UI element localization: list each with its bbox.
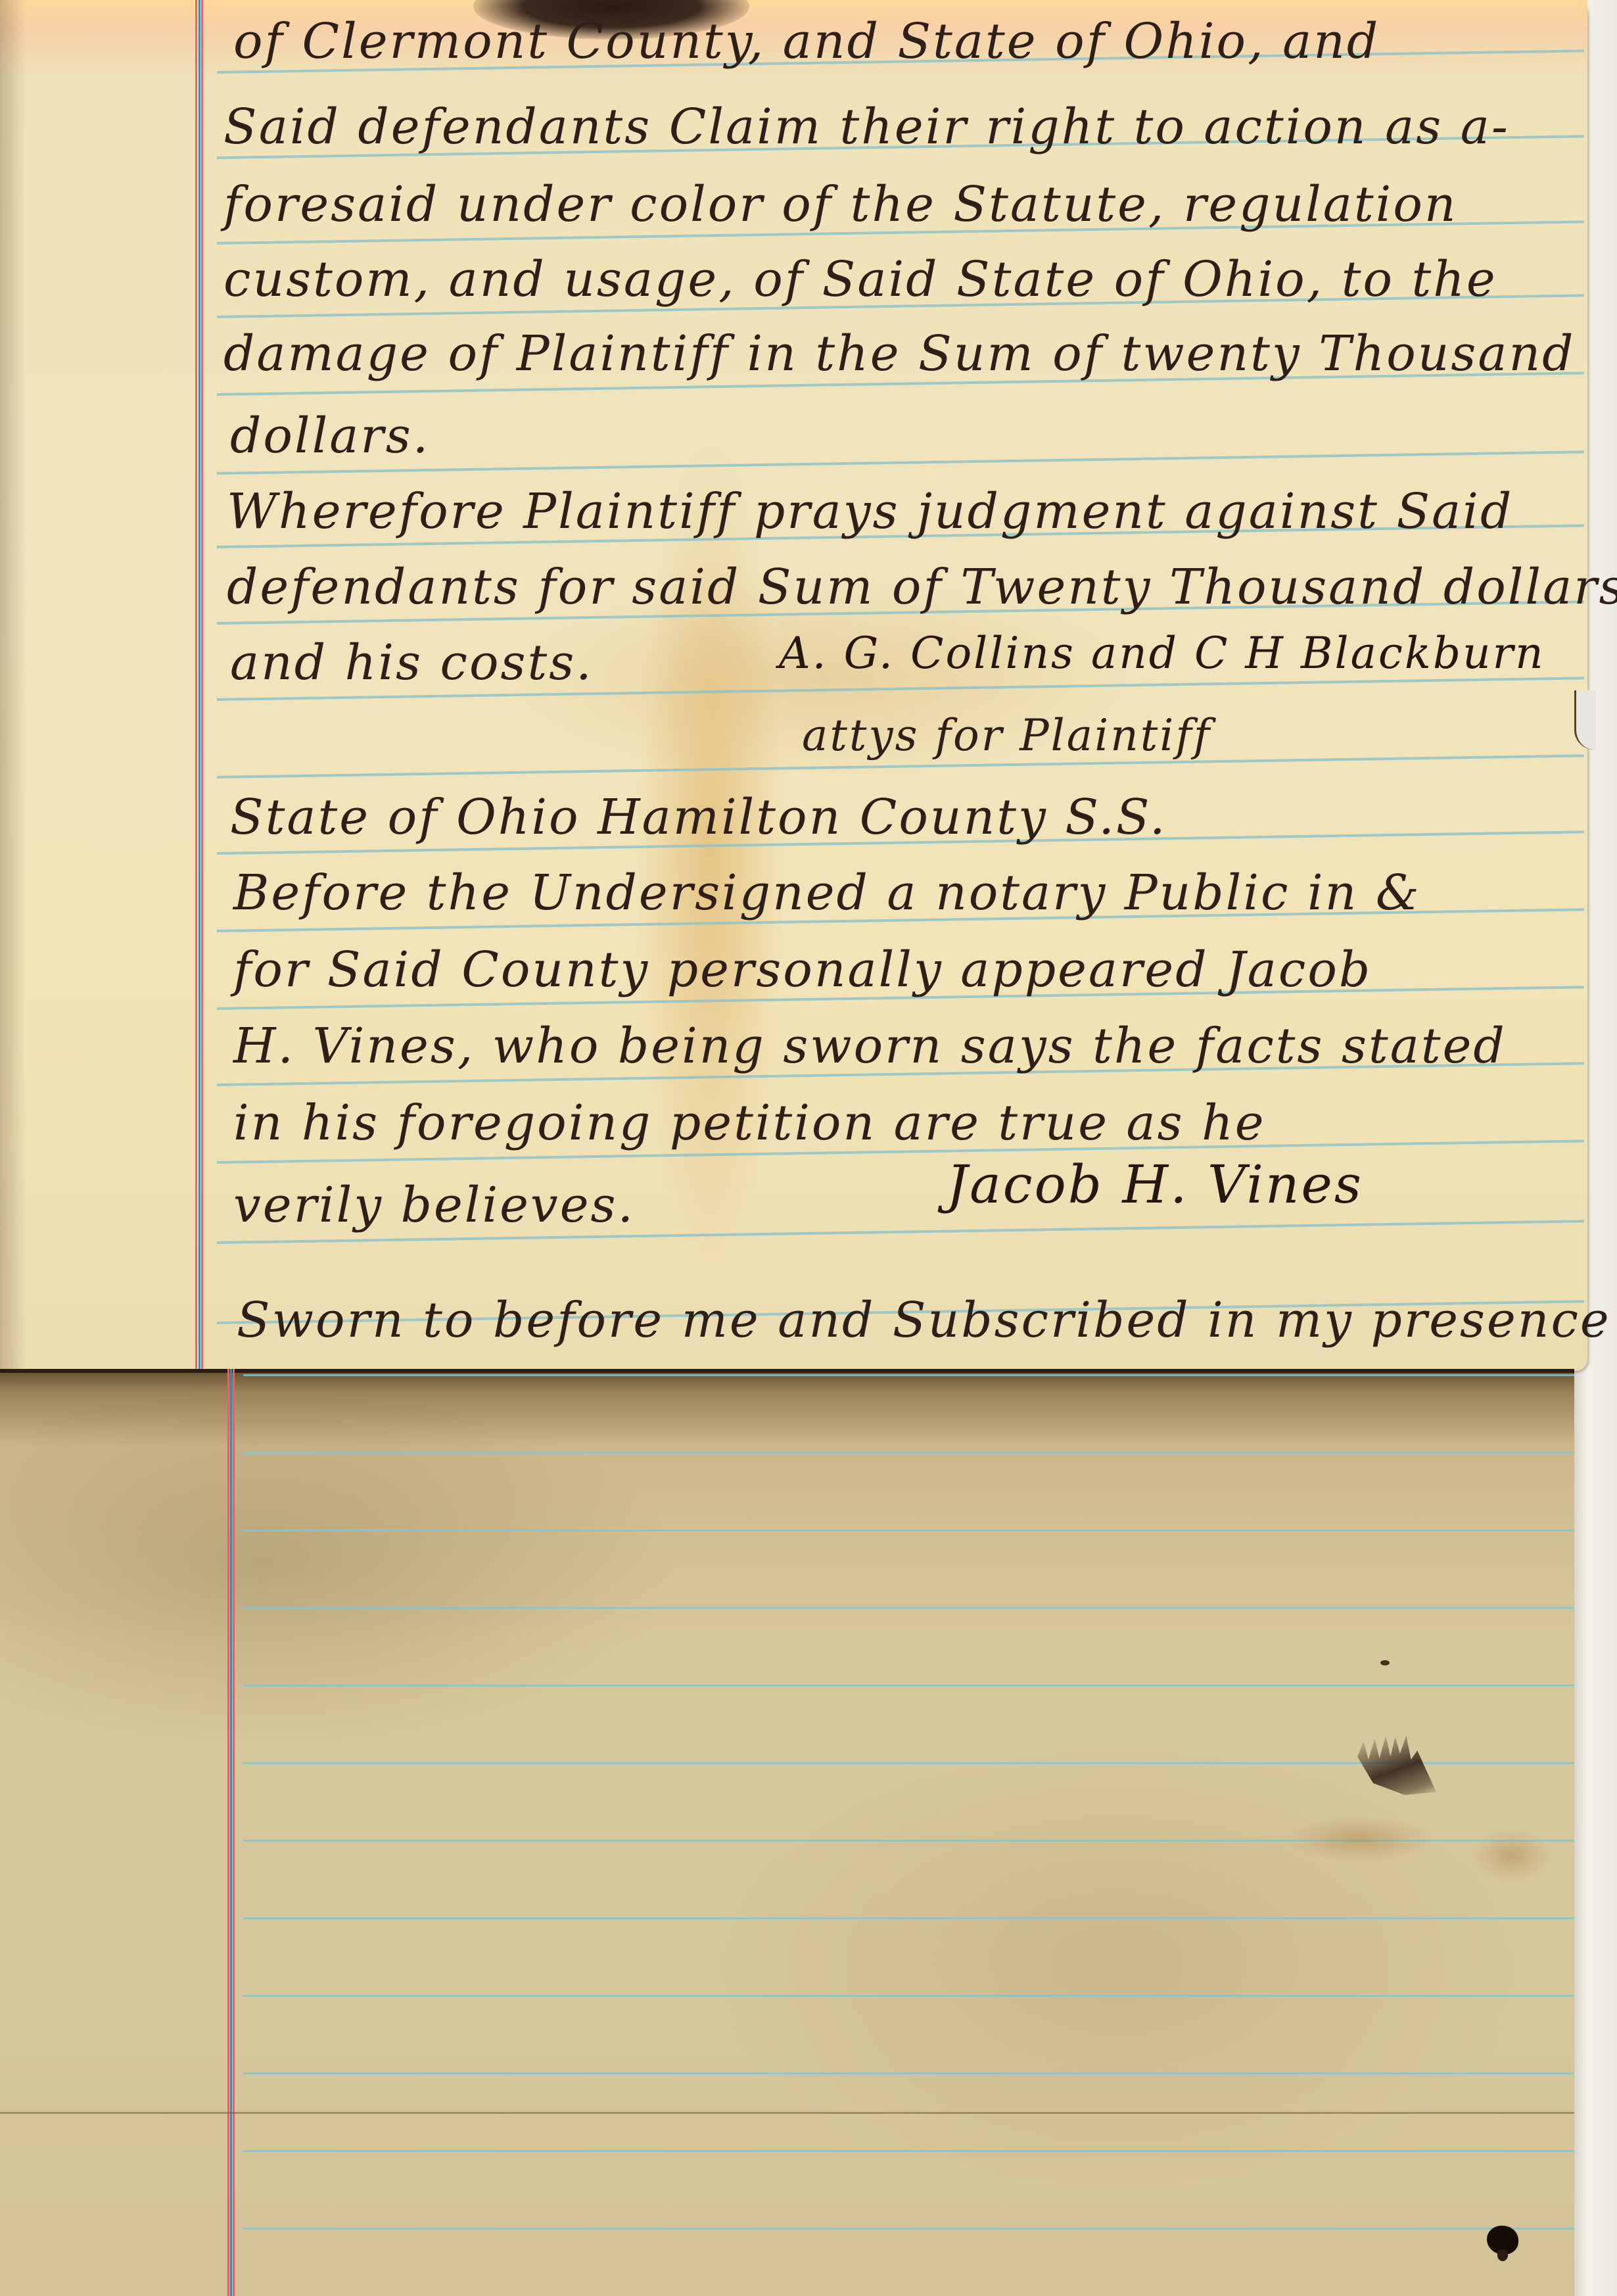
text-line: defendants for said Sum of Twenty Thousa… [227, 559, 1617, 615]
ruled-line [243, 1452, 1574, 1454]
upper-sheet: of Clermont County, and State of Ohio, a… [0, 0, 1587, 1371]
attorney-title: attys for Plaintiff [802, 710, 1211, 761]
attorney-signature: A. G. Collins and C H Blackburn [779, 628, 1545, 679]
text-line: of Clermont County, and State of Ohio, a… [233, 13, 1380, 70]
ink-spot [1380, 1660, 1390, 1665]
fold-crease [0, 2112, 1574, 2114]
text-line: H. Vines, who being sworn says the facts… [233, 1018, 1507, 1074]
venue-line: State of Ohio Hamilton County S.S. [230, 789, 1167, 846]
text-line: damage of Plaintiff in the Sum of twenty… [223, 325, 1576, 382]
text-line: custom, and usage, of Said State of Ohio… [223, 251, 1497, 308]
ink-blot [1487, 2226, 1518, 2255]
jurat-line: Sworn to before me and Subscribed in my … [237, 1292, 1611, 1349]
ruled-line [243, 2228, 1574, 2230]
text-line: dollars. [230, 408, 430, 464]
text-line: in his foregoing petition are true as he [233, 1095, 1266, 1151]
ruled-line [243, 1995, 1574, 1997]
text-line: verily believes. [233, 1177, 635, 1233]
water-stain [1288, 1816, 1433, 1862]
sheet-edge [0, 1369, 1574, 1373]
ruled-line [243, 1374, 1574, 1376]
text-line: and his costs. [230, 634, 594, 691]
edge-shadow [0, 0, 26, 1371]
edge-stain [0, 1369, 1574, 1448]
margin-line [195, 0, 204, 1371]
ruled-line [243, 1917, 1574, 1919]
ruled-line [243, 2072, 1574, 2074]
ruled-line [243, 1529, 1574, 1531]
text-line: Wherefore Plaintiff prays judgment again… [227, 483, 1513, 540]
ruled-line [243, 1685, 1574, 1686]
ruled-line [243, 1607, 1574, 1609]
torn-edge [1574, 690, 1596, 750]
text-line: Said defendants Claim their right to act… [223, 99, 1510, 155]
ruled-line [243, 2150, 1574, 2152]
margin-line [227, 1369, 235, 2296]
lower-sheet [0, 1369, 1574, 2296]
text-line: foresaid under color of the Statute, reg… [223, 176, 1458, 233]
text-line: for Said County personally appeared Jaco… [233, 942, 1372, 998]
affiant-signature: Jacob H. Vines [947, 1154, 1363, 1215]
text-line: Before the Undersigned a notary Public i… [233, 865, 1421, 921]
water-stain [1472, 1829, 1551, 1882]
